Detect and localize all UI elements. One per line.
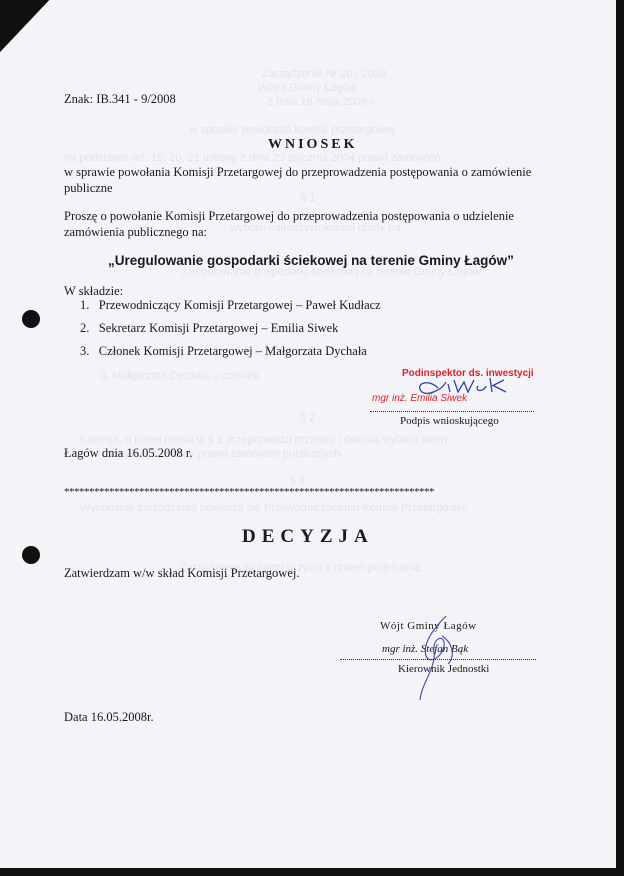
ghost-text: w sprawie powołania komisji przetargowej	[190, 124, 394, 136]
head-signature-icon	[412, 612, 462, 704]
ghost-text: Wójta Gminy Łagów	[258, 82, 356, 94]
request-subtitle: publiczne	[64, 181, 113, 196]
request-body: Proszę o powołanie Komisji Przetargowej …	[64, 209, 514, 224]
member-text: Przewodniczący Komisji Przetargowej – Pa…	[99, 298, 381, 312]
applicant-caption: Podpis wnioskującego	[400, 415, 499, 427]
member-item: 3. Członek Komisji Przetargowej – Małgor…	[80, 344, 367, 359]
member-number: 1.	[80, 298, 89, 312]
request-title: WNIOSEK	[268, 137, 357, 153]
document-date: Data 16.05.2008r.	[64, 710, 154, 725]
ghost-text: Zarządzenie Nr 20 / 2008	[262, 68, 386, 80]
ghost-text: § 2	[300, 412, 315, 424]
ghost-text: Wykonanie zarządzenia powierza się Przew…	[80, 502, 468, 514]
request-subtitle: w sprawie powołania Komisji Przetargowej…	[64, 165, 531, 180]
request-body: zamówienia publicznego na:	[64, 225, 207, 240]
composition-label: W składzie:	[64, 284, 123, 299]
contract-subject: „Uregulowanie gospodarki ściekowej na te…	[108, 253, 514, 268]
member-number: 2.	[80, 321, 89, 335]
scanned-page: Zarządzenie Nr 20 / 2008 Wójta Gminy Łag…	[0, 0, 616, 868]
punch-hole	[22, 546, 40, 564]
decision-text: Zatwierdzam w/w skład Komisji Przetargow…	[64, 566, 299, 581]
ghost-text: Komisja, o której mowa w § 1 przeprowadz…	[80, 434, 449, 446]
decision-title: DECYZJA	[242, 526, 374, 548]
member-item: 2. Sekretarz Komisji Przetargowej – Emil…	[80, 321, 338, 336]
member-text: Członek Komisji Przetargowej – Małgorzat…	[99, 344, 367, 358]
member-text: Sekretarz Komisji Przetargowej – Emilia …	[99, 321, 339, 335]
ghost-text: 3. Małgorzata Dychała – członek	[100, 370, 259, 382]
head-caption: Kierownik Jednostki	[398, 663, 489, 675]
signature-line	[340, 659, 536, 660]
ghost-text: § 1	[300, 192, 315, 204]
member-number: 3.	[80, 344, 89, 358]
ghost-text: z dnia 16 maja 2008 r.	[268, 96, 376, 108]
reference-number: Znak: IB.341 - 9/2008	[64, 92, 176, 107]
ghost-text: na podstawie art. 19, 20, 21 ustawy z dn…	[64, 152, 441, 164]
member-item: 1. Przewodniczący Komisji Przetargowej –…	[80, 298, 381, 313]
punch-hole	[22, 310, 40, 328]
separator: ****************************************…	[64, 486, 434, 498]
place-date: Łagów dnia 16.05.2008 r.	[64, 446, 192, 461]
applicant-stamp-name: mgr inż. Emilia Siwek	[372, 393, 467, 404]
signature-line	[370, 411, 534, 412]
